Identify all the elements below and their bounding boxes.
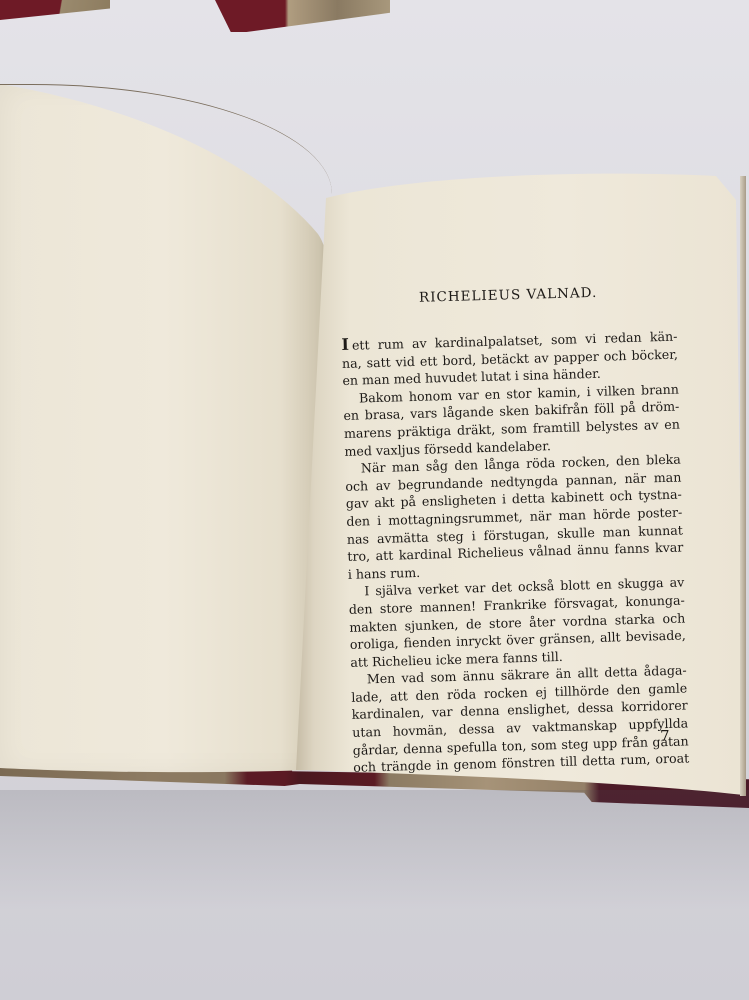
paragraph-5: Men vad som ännu säkrare än allt detta å… xyxy=(351,662,690,777)
right-page-edge xyxy=(740,176,746,796)
page-text-block: RICHELIEUS VALNAD. Iett rum av kardinalp… xyxy=(340,283,689,777)
left-page-blank xyxy=(0,84,330,774)
photo-scene: RICHELIEUS VALNAD. Iett rum av kardinalp… xyxy=(0,0,749,1000)
background-book-left xyxy=(0,0,110,20)
page-number: 7 xyxy=(660,727,670,745)
drop-cap: I xyxy=(341,335,349,354)
background-book-right xyxy=(215,0,390,32)
paragraph-4: I själva verket var det också blott en s… xyxy=(348,574,686,671)
paragraph-3: När man såg den långa röda rocken, den b… xyxy=(345,451,684,583)
paragraph-1: Iett rum av kardinalpalatset, som vi red… xyxy=(341,327,678,390)
paragraph-2: Bakom honom var en stor kamin, i vilken … xyxy=(343,380,681,460)
book-shadow xyxy=(0,790,749,910)
